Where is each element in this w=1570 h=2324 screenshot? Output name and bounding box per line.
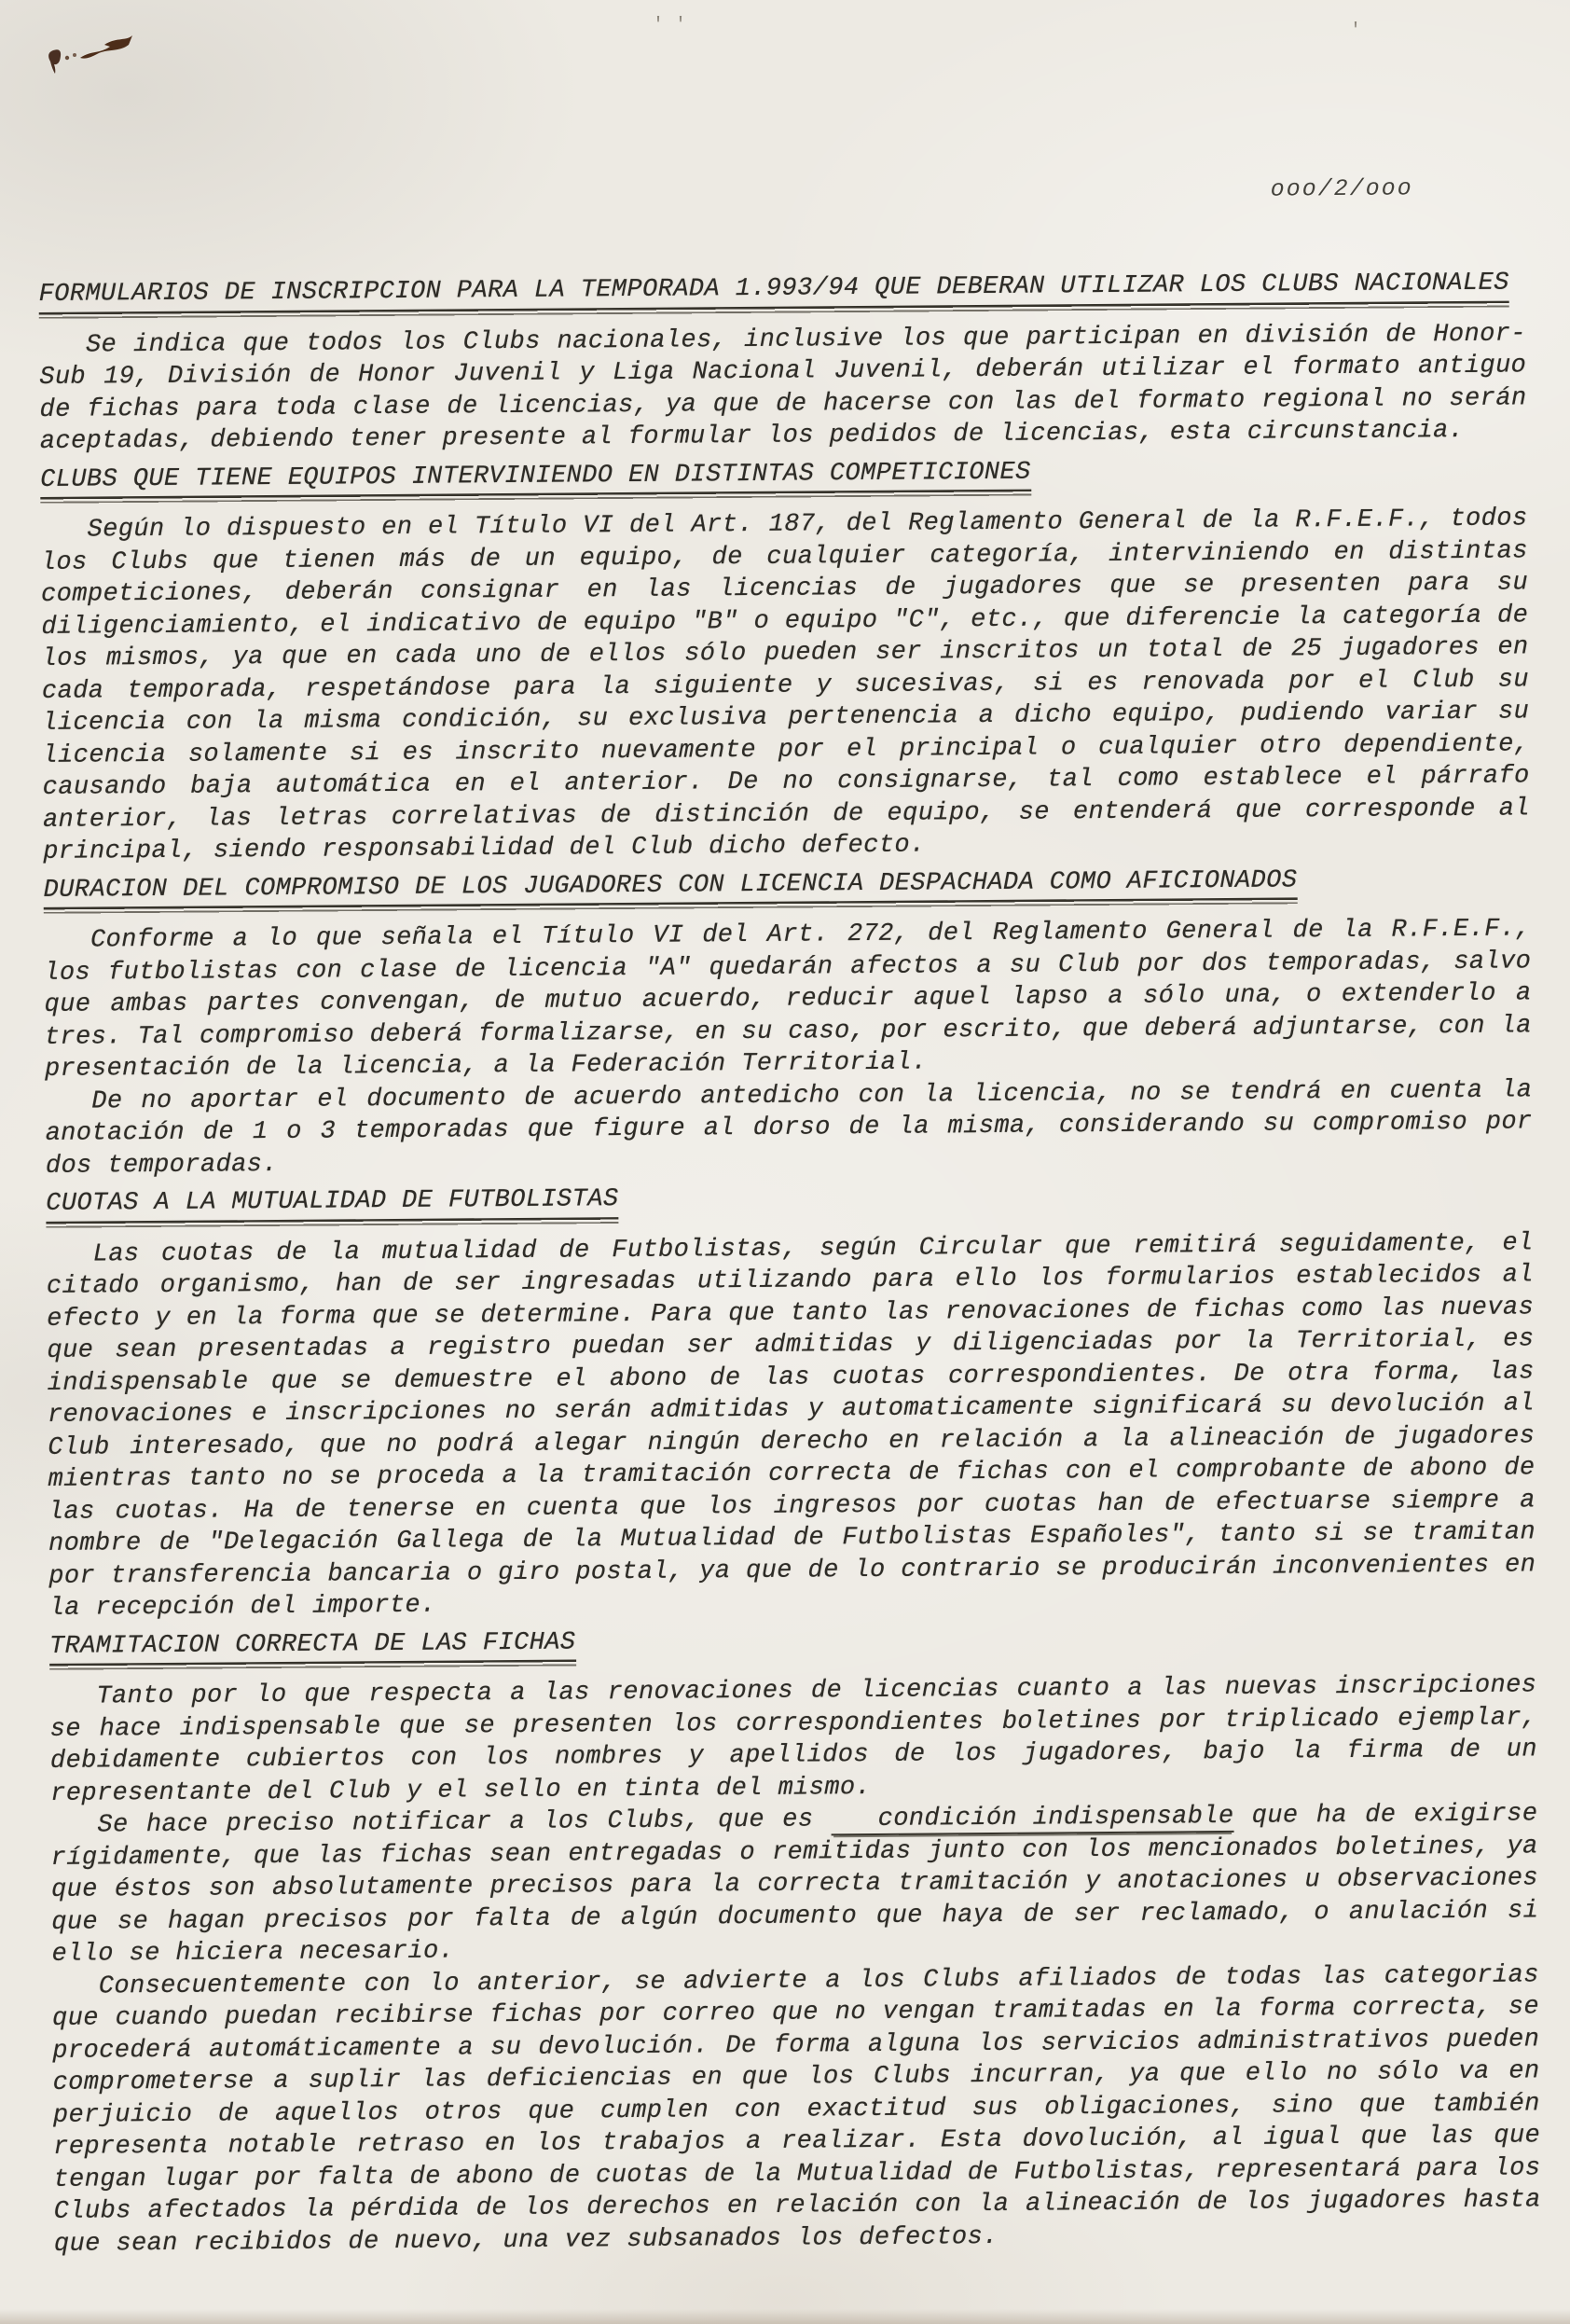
heading-tramitacion-fichas: TRAMITACION CORRECTA DE LAS FICHAS: [49, 1619, 1536, 1673]
heading-cuotas-mutualidad: CUOTAS A LA MUTUALIDAD DE FUTBOLISTAS: [46, 1176, 1533, 1230]
heading-text: CLUBS QUE TIENE EQUIPOS INTERVINIENDO EN…: [40, 456, 1031, 506]
heading-duracion-compromiso: DURACION DEL COMPROMISO DE LOS JUGADORES…: [43, 863, 1530, 917]
heading-formularios-inscripcion: FORMULARIOS DE INSCRIPCION PARA LA TEMPO…: [38, 267, 1525, 321]
heading-text: TRAMITACION CORRECTA DE LAS FICHAS: [49, 1626, 576, 1673]
underlined-phrase: condición indispensable: [832, 1805, 1234, 1835]
page-number: ooo/2/ooo: [1271, 174, 1413, 202]
paragraph: Consecuentemente con lo anterior, se adv…: [52, 1959, 1541, 2261]
scan-bottom-edge-shadow: [0, 2309, 1570, 2324]
paragraph: Tanto por lo que respecta a las renovaci…: [49, 1669, 1537, 1810]
heading-clubs-equipos-competiciones: CLUBS QUE TIENE EQUIPOS INTERVINIENDO EN…: [40, 452, 1527, 506]
heading-text: DURACION DEL COMPROMISO DE LOS JUGADORES…: [43, 865, 1297, 917]
typewritten-text-layer: ooo/2/ooo FORMULARIOS DE INSCRIPCION PAR…: [0, 0, 1570, 2324]
heading-text: CUOTAS A LA MUTUALIDAD DE FUTBOLISTAS: [46, 1183, 619, 1230]
heading-text: FORMULARIOS DE INSCRIPCION PARA LA TEMPO…: [38, 268, 1509, 322]
paragraph: Se indica que todos los Clubs nacionales…: [39, 318, 1527, 459]
paragraph: Conforme a lo que señala el Título VI de…: [44, 913, 1532, 1086]
paragraph-text: Se hace preciso notificar a los Clubs, q…: [97, 1805, 831, 1839]
paragraph: Según lo dispuesto en el Título VI del A…: [40, 503, 1530, 868]
paragraph: Las cuotas de la mutualidad de Futbolist…: [47, 1227, 1536, 1625]
paragraph-with-emphasis: Se hace preciso notificar a los Clubs, q…: [50, 1798, 1538, 1971]
document-body: FORMULARIOS DE INSCRIPCION PARA LA TEMPO…: [0, 0, 1570, 2261]
paragraph: De no aportar el documento de acuerdo an…: [45, 1074, 1533, 1183]
document-page: ' ' ' ooo/2/ooo FORMULARIOS DE INSCRIPCI…: [0, 0, 1570, 2324]
